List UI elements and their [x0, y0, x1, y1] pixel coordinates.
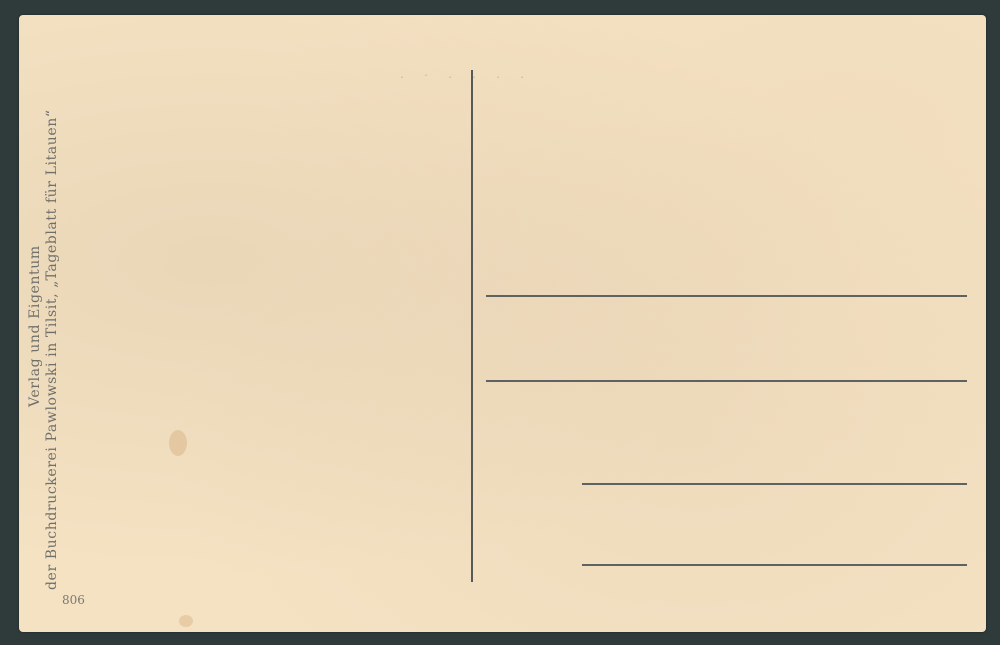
publisher-imprint-line1: Verlag und Eigentum — [27, 245, 43, 407]
address-line-1 — [486, 295, 967, 297]
message-address-divider — [471, 70, 473, 582]
address-line-4 — [582, 564, 967, 566]
publisher-imprint-line2: der Buchdruckerei Pawlowski in Tilsit, „… — [44, 109, 60, 590]
paper-stain — [179, 615, 193, 627]
show-through-marks: . - . . . . — [399, 70, 531, 81]
paper-stain — [169, 430, 187, 456]
address-line-2 — [486, 380, 967, 382]
postcard-back: . - . . . . Verlag und Eigentum der Buch… — [19, 15, 986, 632]
address-line-3 — [582, 483, 967, 485]
catalog-number: 806 — [62, 593, 85, 607]
